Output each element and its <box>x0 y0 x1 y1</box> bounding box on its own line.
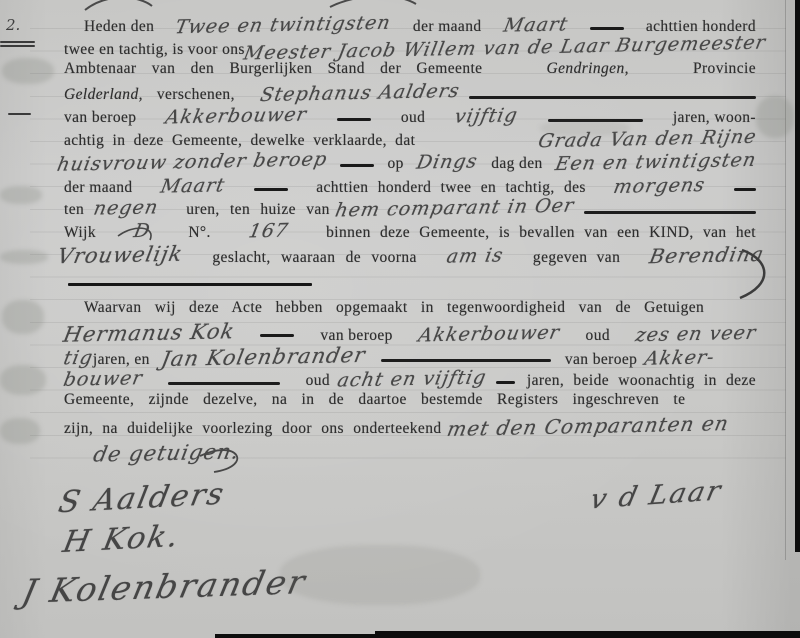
document-line: achtig in deze Gemeente, dewelke verklaa… <box>64 128 756 149</box>
ink-rule <box>469 96 756 99</box>
document-line: Vrouwelijk geslacht, waaraan de voorna a… <box>58 243 764 264</box>
handwritten-text: Vrouwelijk <box>55 242 185 269</box>
handwritten-text: de getuigen. <box>91 439 241 466</box>
ink-dash <box>254 188 288 192</box>
ink-dash <box>734 188 756 192</box>
paper-fold-line <box>785 0 786 560</box>
printed-text: oud <box>306 372 330 390</box>
handwritten-text: Twee en twintigsten <box>174 12 393 38</box>
ink-rule <box>168 382 279 385</box>
printed-text: N°. <box>188 224 210 242</box>
printed-text: op <box>388 155 404 173</box>
document-line: van beroep Akkerbouwer oud vijftig jaren… <box>64 105 756 126</box>
bleed-through-mark <box>0 186 42 204</box>
handwritten-text: met den Comparanten en <box>445 411 731 441</box>
handwritten-text: bouwer <box>62 367 145 391</box>
handwritten-text: Akkerbouwer <box>164 104 309 129</box>
ink-dash <box>340 164 374 168</box>
printed-text-italic: Gendringen, <box>547 60 629 78</box>
printed-text: uren, ten huize van <box>186 201 330 219</box>
printed-text: Provincie <box>693 60 756 78</box>
document-line: Waarvan wij deze Acte hebben opgemaakt i… <box>84 299 756 320</box>
handwritten-text: Hermanus Kok <box>61 319 237 347</box>
ink-dash <box>260 334 294 338</box>
document-line: der maand Maart achttien honderd twee en… <box>64 175 756 196</box>
handwritten-text: Dings <box>415 150 480 173</box>
printed-text: Gemeente, zijnde dezelve, na in de daart… <box>64 391 685 409</box>
handwritten-text: Jan Kolenbrander <box>159 343 367 371</box>
handwritten-text: acht en vijftig <box>336 366 489 391</box>
scanned-birth-record-page: 2. Heden den Twee en twintigsten der maa… <box>0 0 800 638</box>
printed-text: binnen deze Gemeente, is bevallen van ee… <box>326 224 756 242</box>
handwritten-text: Grada Van den Rijne <box>536 126 758 153</box>
printed-text: geslacht, waaraan de voorna <box>212 249 416 267</box>
handwritten-text: Akker- <box>643 346 717 369</box>
document-line: Gemeente, zijnde dezelve, na in de daart… <box>64 391 756 412</box>
document-line: de getuigen. <box>94 441 239 462</box>
bleed-through-mark <box>0 418 40 444</box>
bleed-through-mark <box>0 250 48 264</box>
document-line: Ambtenaar van den Burgerlijken Stand der… <box>64 60 756 81</box>
document-line: Heden den Twee en twintigsten der maand … <box>84 14 756 35</box>
handwritten-text: Maart <box>501 13 569 36</box>
scan-edge-bottom-thick <box>375 631 800 638</box>
printed-text: oud <box>586 327 610 345</box>
margin-double-rule-bottom <box>0 45 35 47</box>
printed-text: zijn, na duidelijke voorlezing door ons … <box>64 420 442 438</box>
printed-text: der maand <box>64 179 133 197</box>
handwritten-text: Stephanus Aalders <box>258 80 461 106</box>
document-line: Gelderland, verschenen, Stephanus Aalder… <box>64 82 756 103</box>
margin-double-rule-top <box>0 41 35 43</box>
handwritten-text: Een en twintigsten <box>554 149 759 175</box>
handwritten-text: tig <box>62 347 95 370</box>
printed-text: van beroep <box>565 351 637 369</box>
ink-dash <box>337 118 371 122</box>
document-line: tig jaren, en Jan Kolenbrander van beroe… <box>64 345 756 366</box>
printed-text: ten <box>64 201 84 219</box>
printed-text: verschenen, <box>157 86 235 104</box>
scan-edge-right <box>795 0 800 552</box>
margin-act-number: 2. <box>6 16 20 34</box>
margin-dash <box>8 113 31 115</box>
handwritten-text: vijftig <box>453 104 520 127</box>
handwritten-text: 167 <box>247 220 291 243</box>
printed-text: der maand <box>413 18 482 36</box>
bleed-through-mark <box>2 300 44 334</box>
printed-text: jaren, beide woonachtig in deze <box>527 372 756 390</box>
handwritten-text: hem comparant in Oer <box>333 195 576 222</box>
bleed-through-mark <box>756 96 794 138</box>
handwritten-text: Akkerbouwer <box>417 322 562 347</box>
blank-line-rule <box>68 283 312 286</box>
ink-flourish <box>85 0 152 10</box>
document-line: bouwer oud acht en vijftig jaren, beide … <box>64 368 756 389</box>
printed-text: twee en tachtig, is voor ons <box>64 41 245 59</box>
handwritten-text: huisvrouw zonder beroep <box>55 148 329 176</box>
printed-text: van beroep <box>64 109 136 127</box>
ink-dash <box>496 381 515 385</box>
signature-registrar: v d Laar <box>588 476 726 516</box>
printed-text: jaren, woon- <box>673 109 756 127</box>
printed-text: dag den <box>491 155 542 173</box>
signature-witness-kolenbrander: J Kolenbrander <box>19 562 311 611</box>
document-line: zijn, na duidelijke voorlezing door ons … <box>64 414 764 435</box>
printed-text: Ambtenaar van den Burgerlijken Stand der… <box>64 60 482 78</box>
signature-witness-kok: H Kok. <box>60 519 183 560</box>
handwritten-text: am is <box>445 244 506 267</box>
document-line: huisvrouw zonder beroep op Dings dag den… <box>58 151 756 172</box>
ink-rule <box>381 359 551 362</box>
printed-text-italic: Gelderland, <box>64 86 143 104</box>
printed-text: Heden den <box>84 18 154 36</box>
printed-text: gegeven van <box>533 249 620 267</box>
ink-rule <box>548 119 643 122</box>
document-line: twee en tachtig, is voor ons Meester Jac… <box>64 37 756 58</box>
printed-text: Waarvan wij deze Acte hebben opgemaakt i… <box>84 299 704 317</box>
bleed-through-mark <box>280 545 480 605</box>
handwritten-text: negen <box>92 196 161 219</box>
handwritten-text: D <box>132 220 153 242</box>
handwritten-text: zes en veer <box>634 322 759 347</box>
printed-text: oud <box>401 109 425 127</box>
signature-declarant: S Aalders <box>56 477 229 521</box>
document-line: ten negen uren, ten huize van hem compar… <box>64 197 756 218</box>
handwritten-text: Berendina <box>648 242 767 268</box>
printed-text: Wijk <box>64 224 96 242</box>
printed-text: achtig in deze Gemeente, dewelke verklaa… <box>64 132 415 150</box>
bleed-through-mark <box>0 365 46 395</box>
ink-dash <box>590 27 624 31</box>
document-line: Hermanus Kok van beroep Akkerbouwer oud … <box>64 321 756 342</box>
handwritten-text: Maart <box>159 174 227 197</box>
bleed-through-mark <box>2 58 54 84</box>
handwritten-text: morgens <box>612 174 708 198</box>
ink-flourish <box>330 0 416 7</box>
document-line: Wijk D N°. 167 binnen deze Gemeente, is … <box>64 220 756 241</box>
ink-rule <box>584 211 757 214</box>
